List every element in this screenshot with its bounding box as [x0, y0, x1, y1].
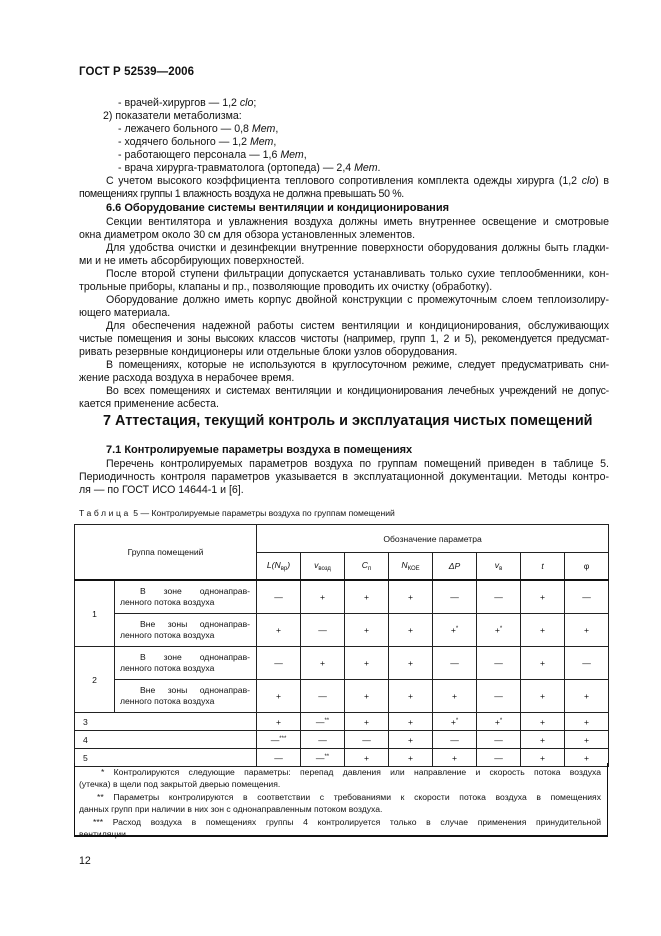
zone-description: В зоне однонаправ-ленного потока воздуха: [115, 647, 257, 680]
paragraph-line: Для обеспечения надежной работы систем в…: [79, 320, 609, 333]
param-value-cell: +: [389, 713, 433, 731]
paragraph-line: После второй ступени фильтрации допускае…: [79, 268, 609, 281]
param-value-cell: +: [301, 647, 345, 680]
list-item: - работающего персонала — 1,6 Мет,: [118, 149, 307, 162]
param-value-cell: —: [565, 580, 609, 614]
paragraph-line: кается применение асбеста.: [79, 398, 609, 411]
list-item: - лежачего больного — 0,8 Мет,: [118, 123, 278, 136]
param-value-cell: +: [389, 614, 433, 647]
table-row: 2В зоне однонаправ-ленного потока воздух…: [75, 647, 609, 680]
header-room-group: Группа помещений: [75, 525, 257, 581]
header-param: L(Nвр): [257, 553, 301, 581]
paragraph-line: ля — по ГОСТ ИСО 14644-1 и [6].: [79, 484, 609, 497]
param-value-cell: +: [257, 614, 301, 647]
param-value-cell: —: [433, 731, 477, 749]
zone-description: Вне зоны однонаправ-ленного потока возду…: [115, 680, 257, 713]
param-value-cell: —: [301, 680, 345, 713]
header-param: ΔP: [433, 553, 477, 581]
table-note: ** Параметры контролируются в соответств…: [79, 791, 601, 816]
param-value-cell: +: [345, 647, 389, 680]
param-value-cell: +: [257, 680, 301, 713]
paragraph-line: Для удобства очистки и дезинфекции внутр…: [79, 242, 609, 255]
param-value-cell: +: [565, 680, 609, 713]
header-param: NКОЕ: [389, 553, 433, 581]
param-value-cell: +: [565, 731, 609, 749]
param-value-cell: —: [345, 731, 389, 749]
param-value-cell: —: [301, 731, 345, 749]
paragraph-line: Периодичность контроля параметров указыв…: [79, 471, 609, 484]
param-value-cell: +: [521, 580, 565, 614]
table-row: 3+—**+++*+*++: [75, 713, 609, 731]
param-value-cell: —: [257, 647, 301, 680]
param-value-cell: +: [389, 647, 433, 680]
list-item: - ходячего больного — 1,2 Мет,: [118, 136, 276, 149]
param-value-cell: —: [477, 580, 521, 614]
header-param: vв: [477, 553, 521, 581]
paragraph-line: Перечень контролируемых параметров возду…: [79, 458, 609, 471]
room-group-number: 4: [75, 731, 257, 749]
table-row: Вне зоны однонаправ-ленного потока возду…: [75, 614, 609, 647]
param-value-cell: —: [477, 647, 521, 680]
param-value-cell: +: [521, 713, 565, 731]
room-group-number: 3: [75, 713, 257, 731]
document-header: ГОСТ Р 52539—2006: [79, 66, 194, 78]
param-value-cell: +*: [433, 614, 477, 647]
table-row: 1В зоне однонаправ-ленного потока воздух…: [75, 580, 609, 614]
param-value-cell: +: [521, 731, 565, 749]
param-value-cell: —: [257, 580, 301, 614]
param-value-cell: —: [433, 647, 477, 680]
section-6-6-title: 6.6 Оборудование системы вентиляции и ко…: [79, 202, 609, 215]
param-value-cell: +: [389, 731, 433, 749]
zone-description: Вне зоны однонаправ-ленного потока возду…: [115, 614, 257, 647]
param-value-cell: —: [477, 731, 521, 749]
table-caption: Таблица 5 — Контролируемые параметры воз…: [79, 508, 395, 518]
paragraph-line: чистые помещения и зоны высоких классов …: [79, 333, 609, 346]
room-group-number: 1: [75, 580, 115, 647]
param-value-cell: +: [301, 580, 345, 614]
paragraph-line: Секции вентилятора и увлажнения воздуха …: [79, 216, 609, 229]
zone-description: В зоне однонаправ-ленного потока воздуха: [115, 580, 257, 614]
table-row: 4—***——+——++: [75, 731, 609, 749]
section-7-1-title: 7.1 Контролируемые параметры воздуха в п…: [79, 444, 609, 457]
paragraph-line: жение расхода воздуха в нерабочее время.: [79, 372, 609, 385]
paragraph-line: окна диаметром около 30 см для обзора ус…: [79, 229, 609, 242]
paragraph-line: С учетом высокого коэффициента теплового…: [79, 175, 609, 188]
param-value-cell: —: [433, 580, 477, 614]
table-note: *** Расход воздуха в помещениях группы 4…: [79, 816, 601, 841]
param-value-cell: +: [521, 647, 565, 680]
list-item: - врача хирурга-травматолога (ортопеда) …: [118, 162, 381, 175]
param-value-cell: —**: [301, 713, 345, 731]
param-value-cell: +*: [477, 614, 521, 647]
paragraph-line: В помещениях, которые не используются в …: [79, 359, 609, 372]
header-parameter-designation: Обозначение параметра: [257, 525, 609, 553]
header-param: φ: [565, 553, 609, 581]
param-value-cell: +: [389, 680, 433, 713]
param-value-cell: —***: [257, 731, 301, 749]
param-value-cell: —: [565, 647, 609, 680]
paragraph-line: трольные приборы, клапаны и пр., позволя…: [79, 281, 609, 294]
air-parameters-table: Группа помещений Обозначение параметра L…: [74, 524, 609, 767]
table-notes: * Контролируются следующие параметры: пе…: [74, 763, 608, 837]
param-value-cell: +: [389, 580, 433, 614]
param-value-cell: +*: [477, 713, 521, 731]
param-value-cell: +: [257, 713, 301, 731]
paragraph-line: Во всех помещениях и системах вентиляции…: [79, 385, 609, 398]
paragraph-line: Оборудование должно иметь корпус двойной…: [79, 294, 609, 307]
param-value-cell: +: [521, 680, 565, 713]
table-note: * Контролируются следующие параметры: пе…: [79, 766, 601, 791]
table-row: Вне зоны однонаправ-ленного потока возду…: [75, 680, 609, 713]
paragraph-line: ривать резервные кондиционеры или отдель…: [79, 346, 609, 359]
param-value-cell: +: [521, 614, 565, 647]
header-param: Cп: [345, 553, 389, 581]
list-item: 2) показатели метаболизма:: [103, 110, 242, 123]
room-group-number: 2: [75, 647, 115, 713]
param-value-cell: +: [345, 713, 389, 731]
param-value-cell: —: [477, 680, 521, 713]
param-value-cell: —: [301, 614, 345, 647]
param-value-cell: +: [565, 614, 609, 647]
param-value-cell: +: [433, 680, 477, 713]
page-number: 12: [79, 855, 91, 867]
header-param: t: [521, 553, 565, 581]
list-item: - врачей-хирургов — 1,2 clo;: [118, 97, 256, 110]
paragraph-line: ющего материала.: [79, 307, 609, 320]
param-value-cell: +: [345, 680, 389, 713]
header-param: vвозд: [301, 553, 345, 581]
param-value-cell: +: [565, 713, 609, 731]
paragraph-line: помещениях группы 1 влажность воздуха не…: [79, 188, 609, 201]
param-value-cell: +: [345, 614, 389, 647]
param-value-cell: +*: [433, 713, 477, 731]
param-value-cell: +: [345, 580, 389, 614]
section-7-title: 7 Аттестация, текущий контроль и эксплуа…: [103, 413, 593, 429]
paragraph-line: ми и не иметь абсорбирующих поверхностей…: [79, 255, 609, 268]
